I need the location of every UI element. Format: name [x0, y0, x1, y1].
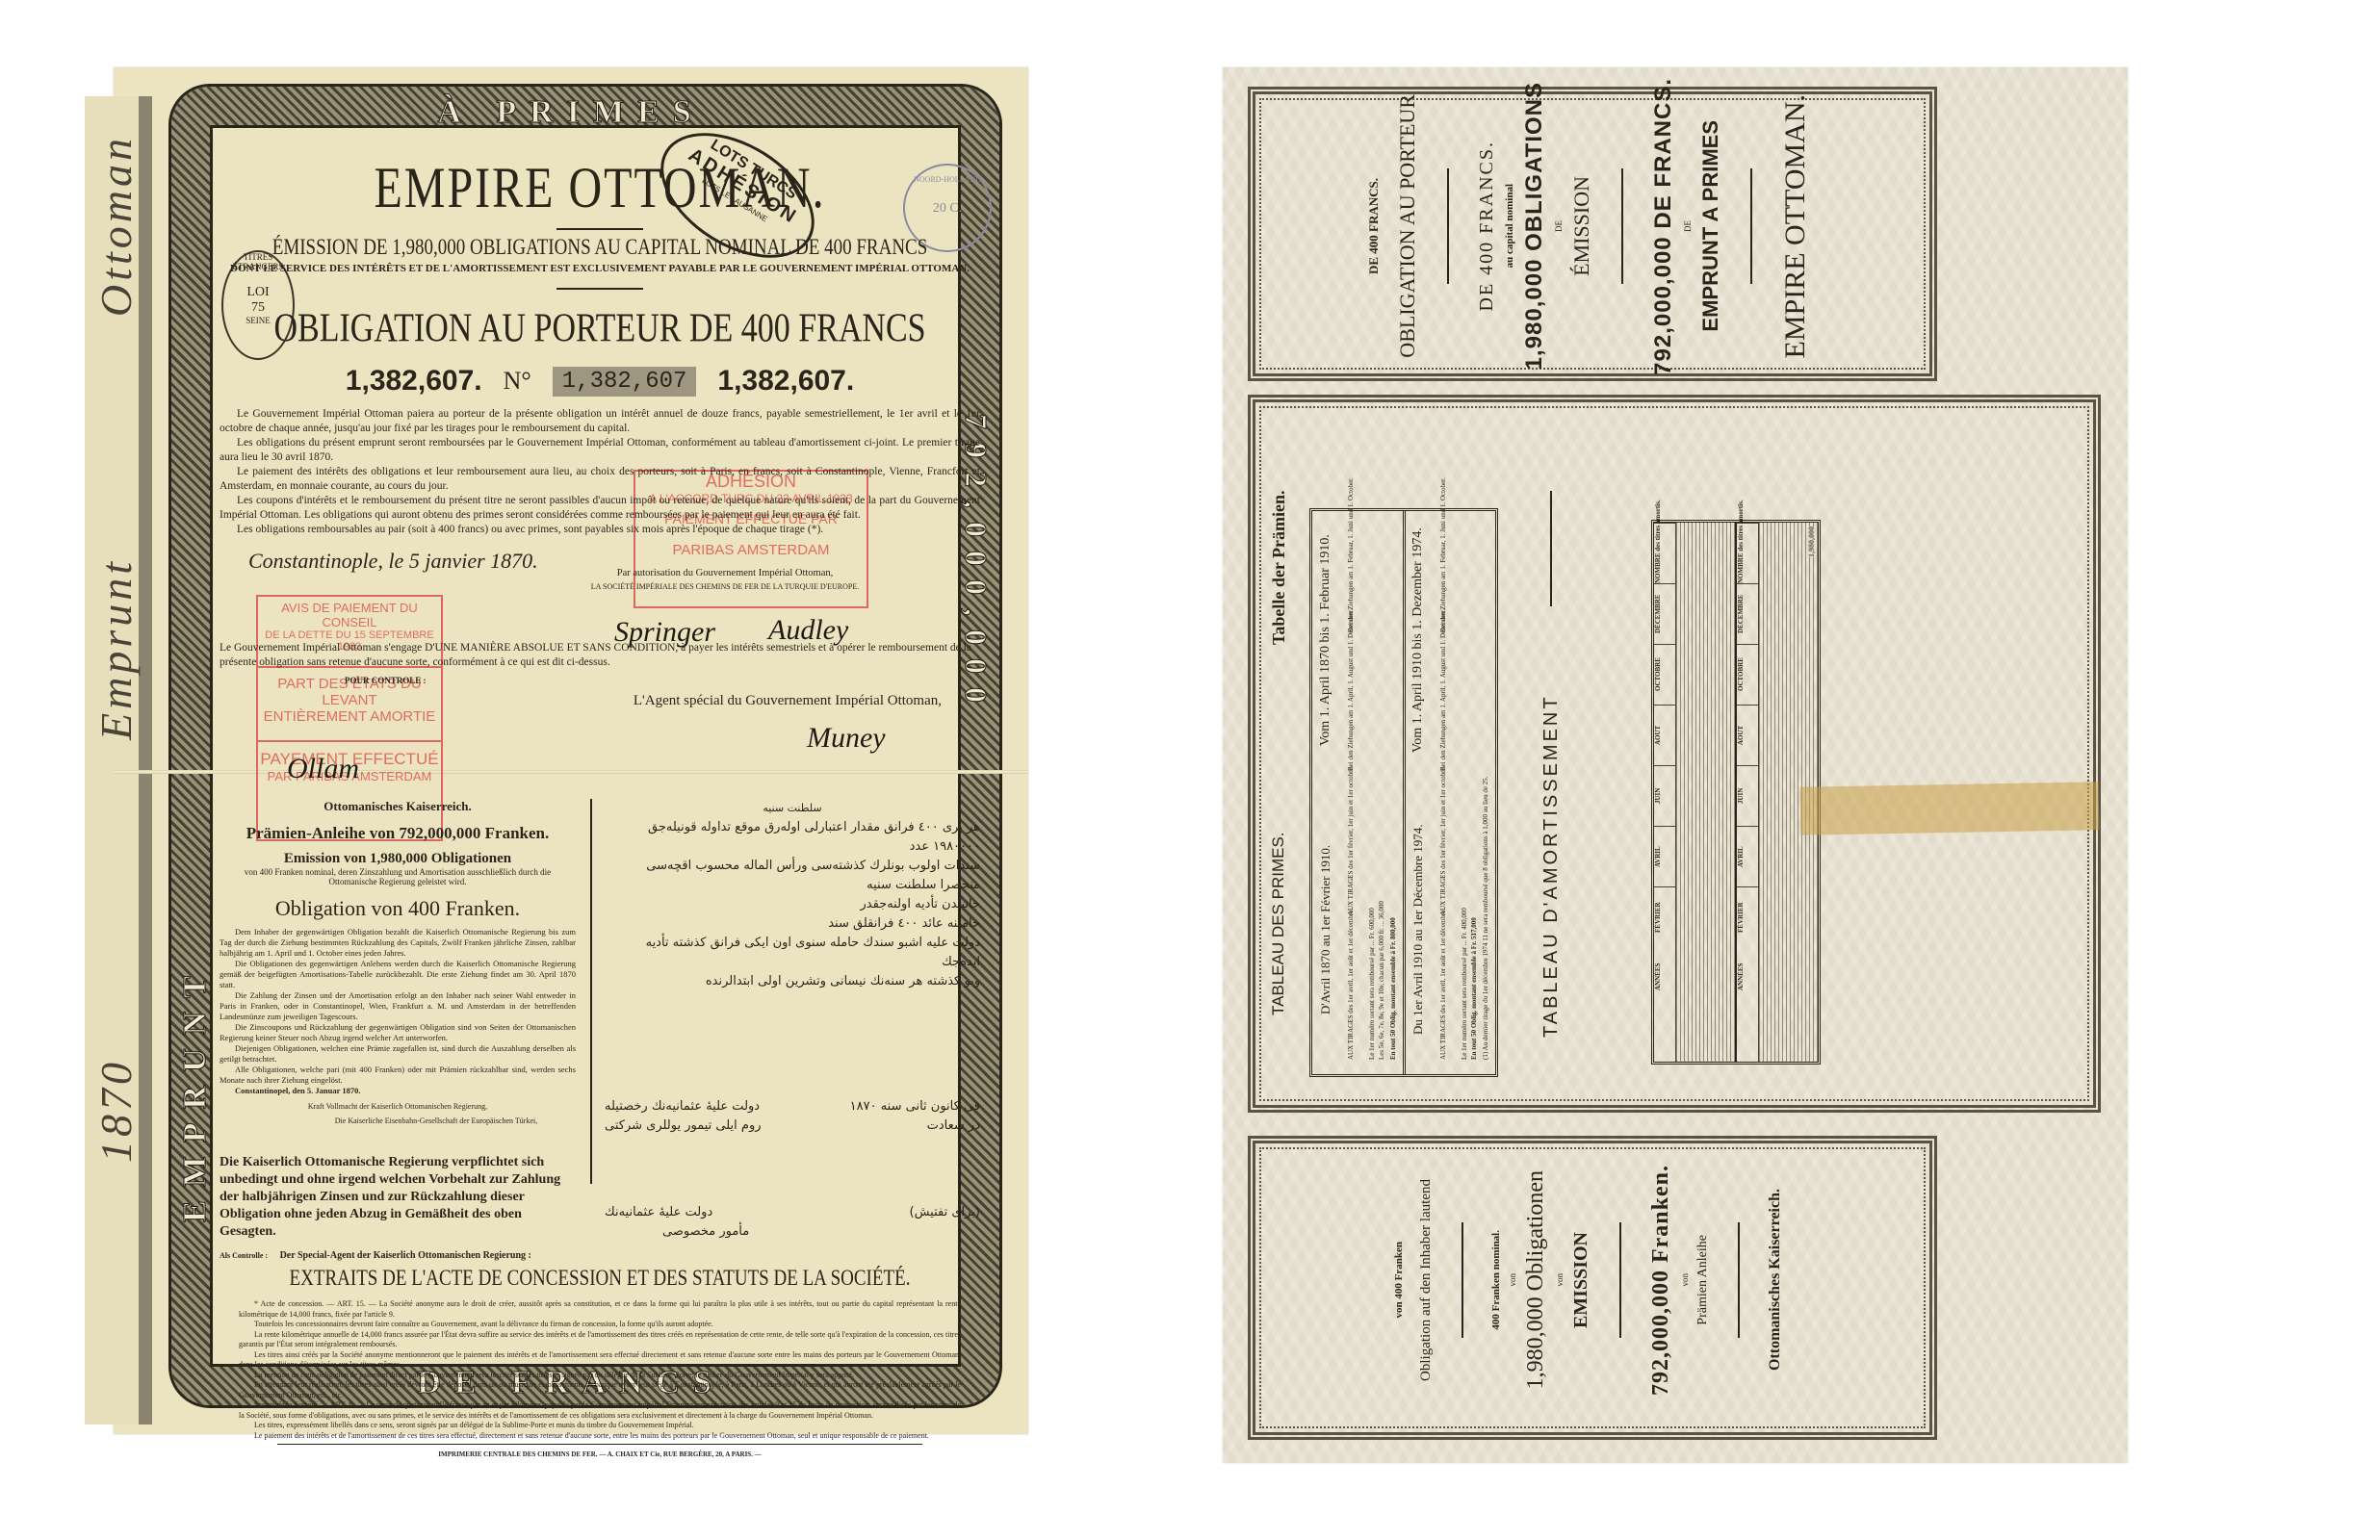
- signature: Muney: [807, 722, 886, 755]
- obligation-title: OBLIGATION AU PORTEUR DE 400 FRANCS: [220, 306, 980, 352]
- prime-table: Vom 1. April 1870 bis 1. Februar 1910. D…: [1309, 508, 1498, 1077]
- pour-controle-label: POUR CONTROLE :: [345, 676, 980, 685]
- back-bottom-panel: Ottomanisches Kaiserreich. Prämien Anlei…: [1261, 1145, 1916, 1415]
- column-divider: [590, 799, 592, 1184]
- amortisation-table: NOMBRE des titres amortis. DÉCEMBRE OCTO…: [1651, 520, 1821, 1065]
- tape-repair: [1800, 782, 2100, 834]
- german-column: Ottomanisches Kaiserreich. Prämien-Anlei…: [220, 799, 576, 1261]
- serial-number-row: 1,382,607. N° 1,382,607 1,382,607.: [220, 365, 980, 398]
- back-top-panel: EMPIRE OTTOMAN. EMPRUNT A PRIMES DE 792,…: [1261, 96, 1916, 356]
- front-content: EMPIRE OTTOMAN. ÉMISSION DE 1,980,000 OB…: [220, 144, 980, 709]
- authorisation-block: Par autorisation du Gouvernement Impéria…: [566, 568, 884, 591]
- service-line: DONT LE SERVICE DES INTÉRÊTS ET DE L'AMO…: [220, 263, 980, 274]
- margin-script-text: 1870: [91, 1059, 139, 1163]
- border-label-left: EMPRUNT: [177, 260, 214, 1222]
- amort-table-title: TABLEAU D'AMORTISSEMENT: [1540, 683, 1563, 1049]
- divider: [556, 288, 643, 290]
- signature: Springer: [614, 616, 715, 649]
- margin-script-strip: Ottoman Emprunt 1870: [85, 96, 152, 1424]
- signature: Ollam: [287, 753, 359, 785]
- border-label-top: À PRIMES: [114, 94, 1028, 131]
- prime-table-de-title: Tabelle der Prämien.: [1269, 423, 1289, 712]
- serial-box: 1,382,607: [553, 367, 697, 397]
- margin-script-text: Ottoman: [91, 135, 139, 317]
- extraits-text: * Acte de concession. — ART. 15. — La So…: [239, 1299, 961, 1441]
- extraits-title: EXTRAITS DE L'ACTE DE CONCESSION ET DES …: [220, 1267, 980, 1292]
- serial-right: 1,382,607.: [717, 365, 854, 398]
- engagement-text: Le Gouvernement Impérial Ottoman s'engag…: [220, 641, 980, 670]
- fold-line: [114, 770, 1028, 774]
- emission-line: ÉMISSION DE 1,980,000 OBLIGATIONS AU CAP…: [220, 236, 980, 261]
- agent-label: L'Agent spécial du Gouvernement Impérial…: [220, 693, 942, 709]
- terms-paragraphs: Le Gouvernement Impérial Ottoman paiera …: [220, 407, 980, 537]
- bond-front: Ottoman Emprunt 1870 À PRIMES DE FRANCS …: [114, 67, 1028, 1434]
- printer-line: IMPRIMERIE CENTRALE DES CHEMINS DE FER. …: [277, 1444, 922, 1458]
- serial-no-label: N°: [504, 367, 531, 396]
- prime-table-fr-title: TABLEAU DES PRIMES.: [1269, 780, 1288, 1068]
- signature: Audley: [768, 614, 848, 647]
- divider: [1550, 491, 1552, 606]
- amort-values-grid: [1676, 523, 1735, 1062]
- ottoman-column: سلطنت سنیه هر بری ٤٠٠ فرانق مقدار اعتبار…: [605, 799, 980, 1242]
- serial-left: 1,382,607.: [346, 365, 482, 398]
- divider: [556, 228, 643, 230]
- bond-title: EMPIRE OTTOMAN.: [220, 155, 980, 221]
- margin-script-text: Emprunt: [91, 558, 139, 740]
- bond-back: EMPIRE OTTOMAN. EMPRUNT A PRIMES DE 792,…: [1223, 67, 2128, 1463]
